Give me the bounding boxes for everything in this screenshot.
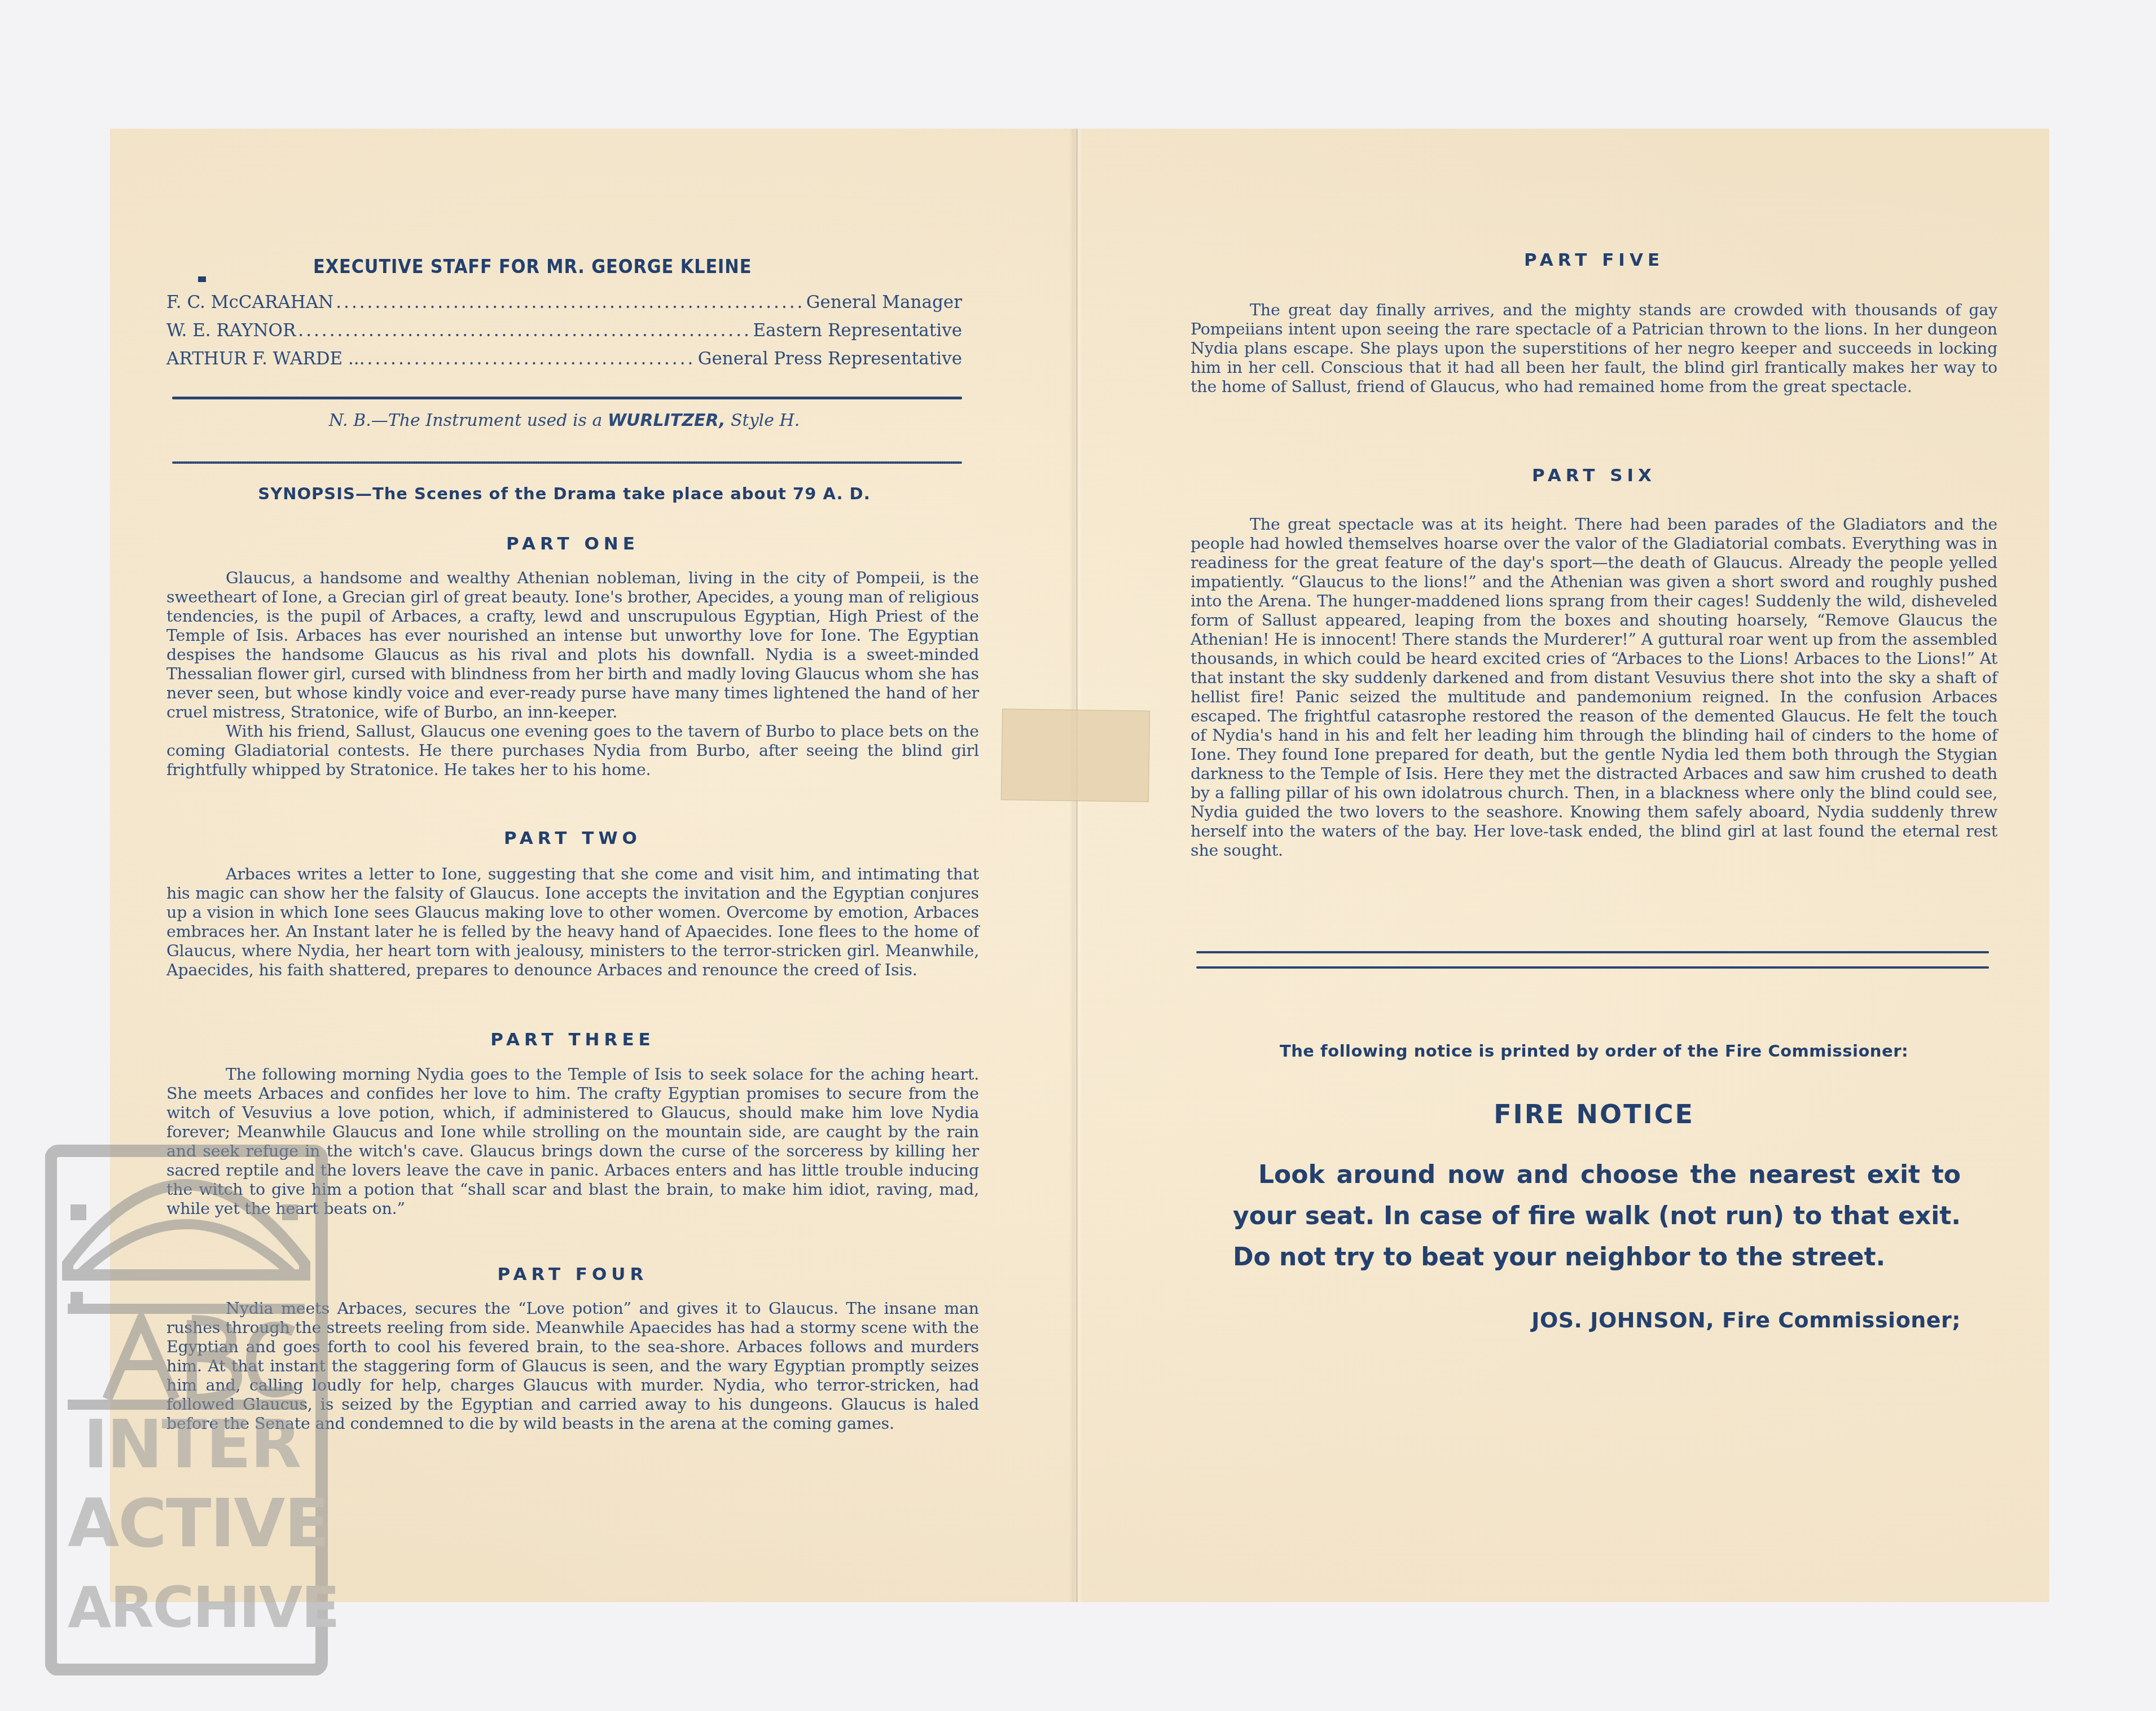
staff-role: Eastern Representative — [753, 320, 962, 341]
part-five-heading: PART FIVE — [1191, 250, 1997, 270]
watermark-line: ARCHIVE — [68, 1574, 316, 1642]
note-text: N. B.—The Instrument used is a — [329, 411, 608, 430]
staff-role: General Press Representative — [698, 349, 962, 369]
divider-rule — [172, 397, 962, 399]
paragraph: The great spectacle was at its height. T… — [1191, 515, 1997, 860]
archive-watermark-logo: INTER ACTIVE ARCHIVE — [45, 1140, 339, 1675]
part-one-heading: PART ONE — [166, 534, 979, 554]
leader-dots — [336, 292, 804, 313]
part-six-heading: PART SIX — [1191, 465, 1997, 486]
staff-row: W. E. RAYNOR Eastern Representative — [166, 320, 962, 341]
watermark-line: INTER — [68, 1410, 316, 1478]
fire-notice-title: FIRE NOTICE — [1191, 1099, 1997, 1129]
note-suffix: Style H. — [726, 411, 800, 430]
staff-heading: EXECUTIVE STAFF FOR MR. GEORGE KLEINE — [313, 256, 752, 278]
synopsis-heading: SYNOPSIS—The Scenes of the Drama take pl… — [166, 484, 962, 503]
center-fold — [1076, 129, 1078, 1602]
fire-notice-text: Look around now and choose the nearest e… — [1233, 1154, 1961, 1278]
fire-notice-body: Look around now and choose the nearest e… — [1233, 1154, 1961, 1278]
program-sheet: EXECUTIVE STAFF FOR MR. GEORGE KLEINE F.… — [110, 129, 2049, 1602]
divider-rule — [172, 461, 962, 464]
instrument-note: N. B.—The Instrument used is a WURLITZER… — [166, 411, 962, 430]
part-two-heading: PART TWO — [166, 828, 979, 848]
part-five-text: The great day finally arrives, and the m… — [1191, 301, 1997, 397]
ink-mark — [198, 276, 206, 282]
note-brand: WURLITZER, — [608, 411, 726, 430]
part-six-text: The great spectacle was at its height. T… — [1191, 515, 1997, 860]
paragraph: With his friend, Sallust, Glaucus one ev… — [166, 722, 979, 780]
staff-name: ARTHUR F. WARDE ... — [166, 349, 365, 369]
paragraph: Glaucus, a handsome and wealthy Athenian… — [166, 569, 979, 722]
staff-role: General Manager — [806, 292, 962, 313]
part-one-text: Glaucus, a handsome and wealthy Athenian… — [166, 569, 979, 780]
staff-name: W. E. RAYNOR — [166, 320, 296, 341]
part-three-heading: PART THREE — [166, 1030, 979, 1050]
watermark-line: ACTIVE — [68, 1489, 316, 1557]
staff-row: F. C. McCARAHAN General Manager — [166, 292, 962, 313]
divider-rule — [1196, 966, 1989, 969]
staff-name: F. C. McCARAHAN — [166, 292, 333, 313]
leader-dots — [367, 349, 696, 369]
staff-row: ARTHUR F. WARDE ... General Press Repres… — [166, 349, 962, 369]
fire-commissioner-signature: JOS. JOHNSON, Fire Commissioner; — [1191, 1308, 1961, 1332]
divider-rule — [1196, 951, 1989, 953]
leader-dots — [298, 320, 750, 341]
tape-patch — [1001, 709, 1150, 802]
paragraph: The great day finally arrives, and the m… — [1191, 301, 1997, 397]
fire-notice-intro: The following notice is printed by order… — [1191, 1041, 1997, 1061]
part-two-text: Arbaces writes a letter to Ione, suggest… — [166, 865, 979, 980]
paragraph: Arbaces writes a letter to Ione, suggest… — [166, 865, 979, 980]
